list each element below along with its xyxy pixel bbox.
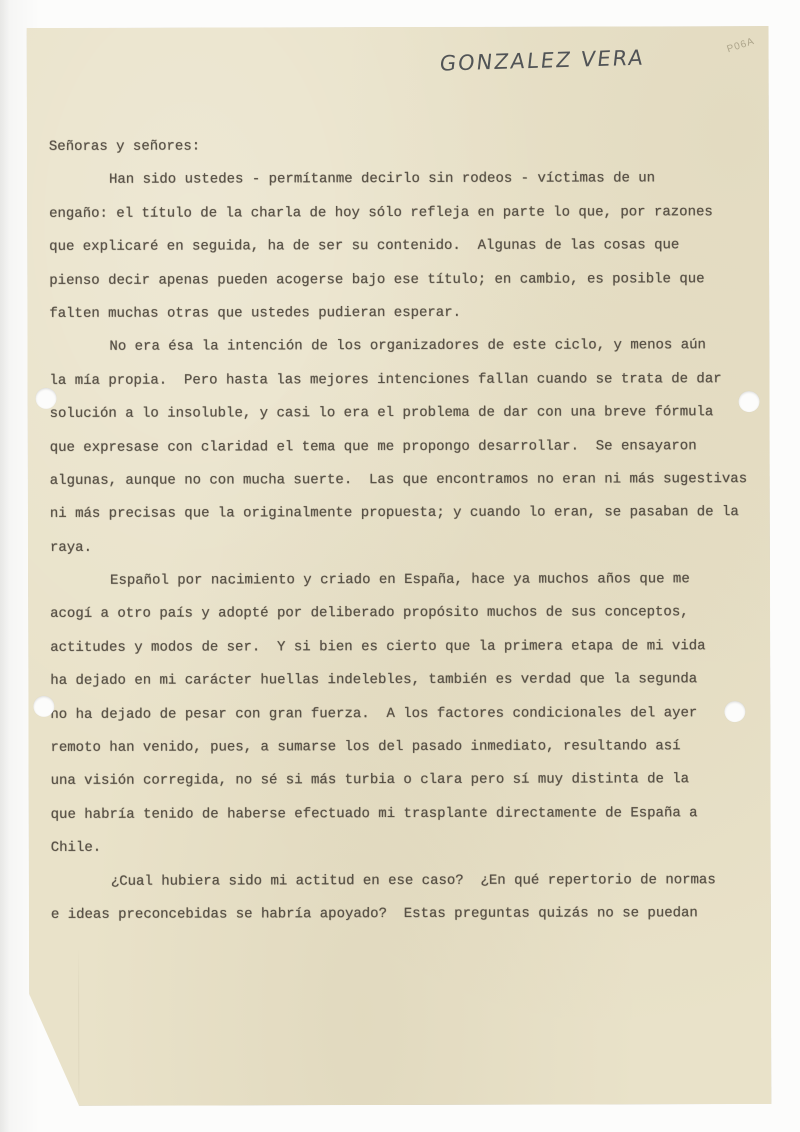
typed-line: algunas, aunque no con mucha suerte. Las… bbox=[50, 463, 756, 498]
hole-punch-right-bottom bbox=[724, 701, 745, 722]
salutation-line: Señoras y señores: bbox=[49, 129, 755, 164]
typed-line: remoto han venido, pues, a sumarse los d… bbox=[50, 730, 756, 765]
typed-line: ni más precisas que la originalmente pro… bbox=[50, 496, 756, 531]
hole-punch-left-top bbox=[36, 388, 57, 409]
typed-line: actitudes y modos de ser. Y si bien es c… bbox=[50, 630, 756, 665]
typed-line: Han sido ustedes - permítanme decirlo si… bbox=[49, 162, 755, 197]
typed-line: ¿Cual hubiera sido mi actitud en ese cas… bbox=[51, 864, 757, 899]
typed-line: acogí a otro país y adopté por deliberad… bbox=[50, 597, 756, 632]
typed-line: que explicaré en seguida, ha de ser su c… bbox=[49, 229, 755, 264]
typed-line: solución a lo insoluble, y casi lo era e… bbox=[50, 396, 756, 431]
paragraphs: Han sido ustedes - permítanme decirlo si… bbox=[49, 162, 757, 932]
typed-line: raya. bbox=[50, 530, 756, 565]
hole-punch-right-top bbox=[739, 391, 760, 412]
typed-line: engaño: el título de la charla de hoy só… bbox=[49, 196, 755, 231]
typed-line: e ideas preconcebidas se habría apoyado?… bbox=[51, 897, 757, 932]
typed-line: una visión corregida, no sé si más turbi… bbox=[51, 763, 757, 798]
document-scan: GONZALEZ VERA P06A Señoras y señores: Ha… bbox=[0, 0, 800, 1132]
typed-line: falten muchas otras que ustedes pudieran… bbox=[49, 296, 755, 331]
paragraph: ¿Cual hubiera sido mi actitud en ese cas… bbox=[51, 864, 757, 933]
hole-punch-left-bottom bbox=[33, 696, 54, 717]
paper-crease bbox=[78, 948, 79, 1106]
typed-line: que habría tenido de haberse efectuado m… bbox=[51, 797, 757, 832]
typed-line: Español por nacimiento y criado en Españ… bbox=[50, 563, 756, 598]
typed-line: ha dejado en mi carácter huellas indeleb… bbox=[50, 663, 756, 698]
paragraph: Han sido ustedes - permítanme decirlo si… bbox=[49, 162, 755, 331]
typed-line: la mía propia. Pero hasta las mejores in… bbox=[49, 363, 755, 398]
typed-line: No era ésa la intención de los organizad… bbox=[49, 329, 755, 364]
paper-sheet: GONZALEZ VERA P06A Señoras y señores: Ha… bbox=[27, 26, 772, 1106]
paragraph: No era ésa la intención de los organizad… bbox=[49, 329, 756, 565]
typed-line: que expresase con claridad el tema que m… bbox=[50, 430, 756, 465]
typed-line: Chile. bbox=[51, 830, 757, 865]
typed-text-block: Señoras y señores: Han sido ustedes - pe… bbox=[27, 26, 771, 932]
typed-line: pienso decir apenas pueden acogerse bajo… bbox=[49, 263, 755, 298]
typed-line: no ha dejado de pesar con gran fuerza. A… bbox=[50, 697, 756, 732]
paragraph: Español por nacimiento y criado en Españ… bbox=[50, 563, 757, 865]
